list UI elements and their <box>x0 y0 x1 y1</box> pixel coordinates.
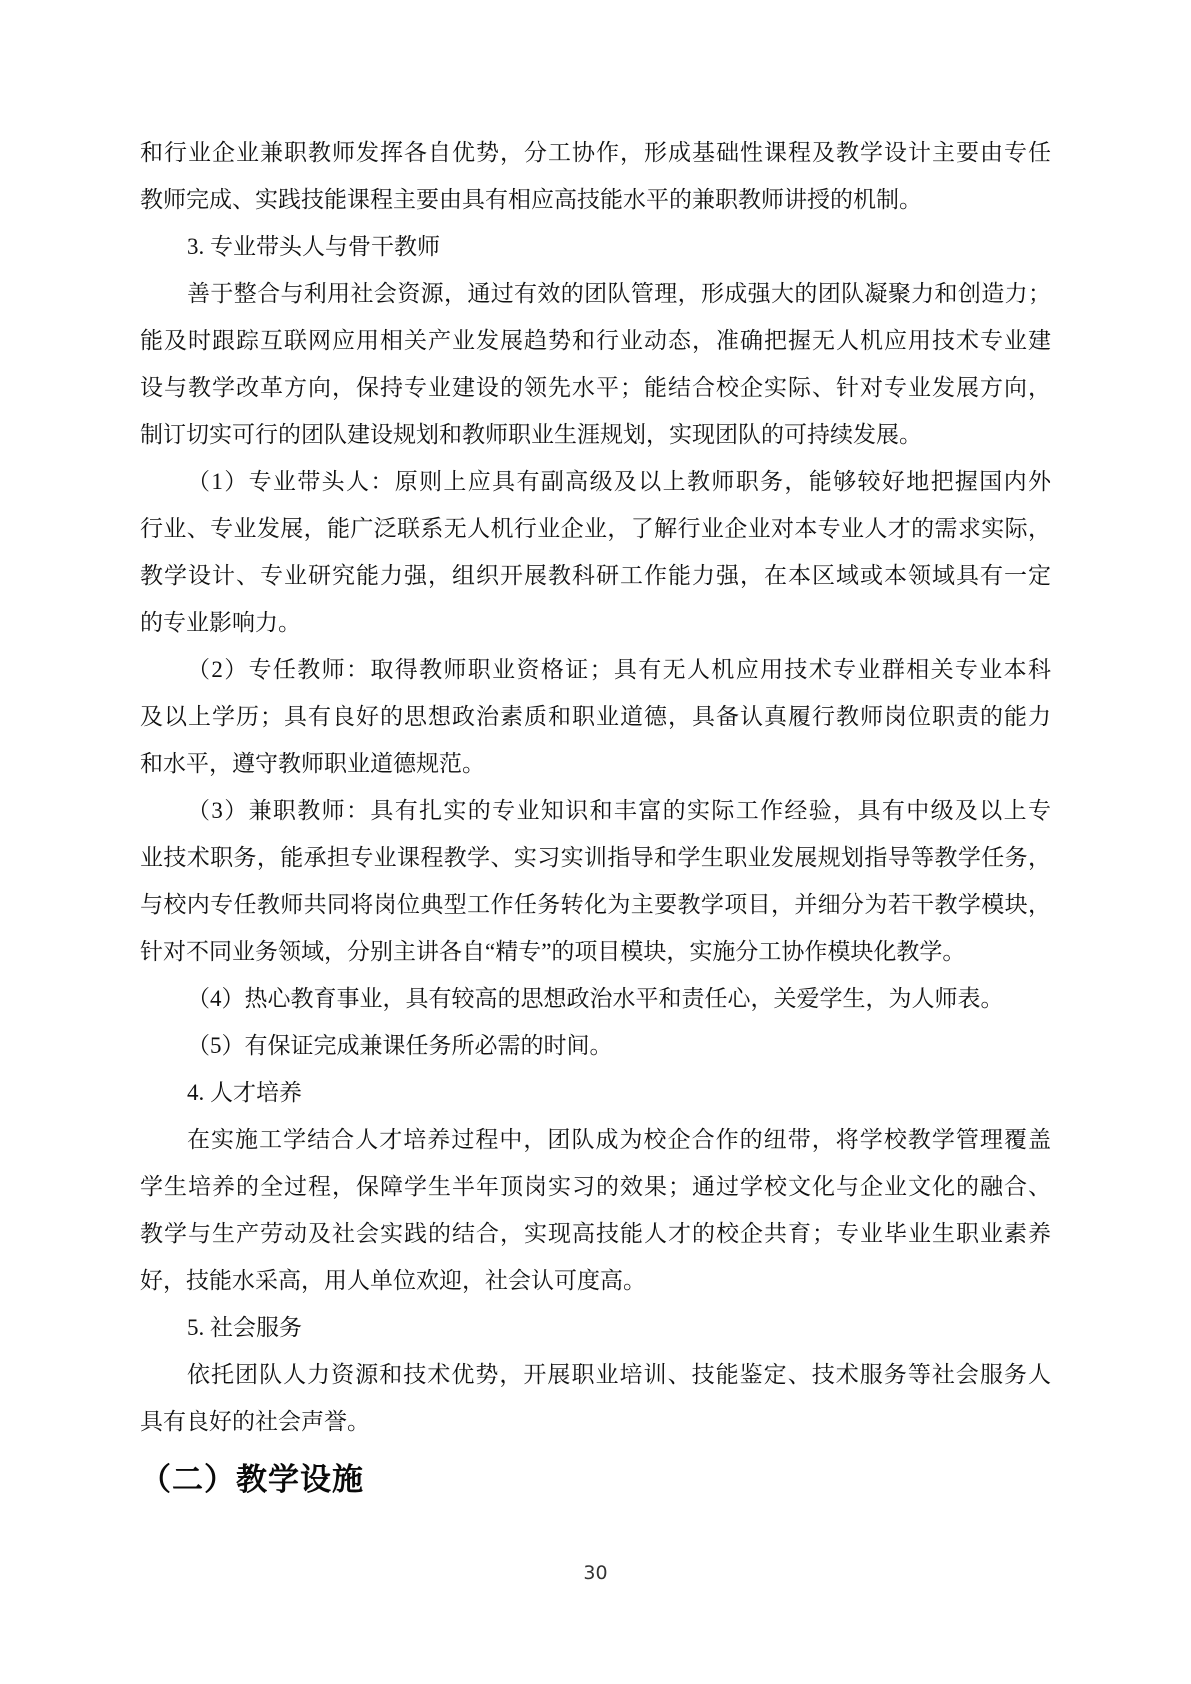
text-line: 和行业企业兼职教师发挥各自优势，分工协作，形成基础性课程及教学设计主要由专任 <box>140 129 1051 176</box>
text-line: 5. 社会服务 <box>140 1304 1051 1351</box>
text-line: 善于整合与利用社会资源，通过有效的团队管理，形成强大的团队凝聚力和创造力； <box>140 270 1051 317</box>
text-line: 及以上学历；具有良好的思想政治素质和职业道德，具备认真履行教师岗位职责的能力 <box>140 693 1051 740</box>
text-line: 3. 专业带头人与骨干教师 <box>140 223 1051 270</box>
document-content: 和行业企业兼职教师发挥各自优势，分工协作，形成基础性课程及教学设计主要由专任教师… <box>140 129 1051 1505</box>
text-line: 针对不同业务领域，分别主讲各自“精专”的项目模块，实施分工协作模块化教学。 <box>140 928 1051 975</box>
document-page: 和行业企业兼职教师发挥各自优势，分工协作，形成基础性课程及教学设计主要由专任教师… <box>0 0 1191 1684</box>
text-line: 的专业影响力。 <box>140 599 1051 646</box>
text-line: （3）兼职教师：具有扎实的专业知识和丰富的实际工作经验，具有中级及以上专 <box>140 787 1051 834</box>
text-line: 行业、专业发展，能广泛联系无人机行业企业，了解行业企业对本专业人才的需求实际， <box>140 505 1051 552</box>
text-line: 具有良好的社会声誉。 <box>140 1398 1051 1445</box>
section-heading: （二）教学设施 <box>140 1455 1051 1505</box>
text-line: 好，技能水采高，用人单位欢迎，社会认可度高。 <box>140 1257 1051 1304</box>
text-line: 和水平，遵守教师职业道德规范。 <box>140 740 1051 787</box>
text-line: 与校内专任教师共同将岗位典型工作任务转化为主要教学项目，并细分为若干教学模块， <box>140 881 1051 928</box>
text-line: 4. 人才培养 <box>140 1069 1051 1116</box>
text-line: 业技术职务，能承担专业课程教学、实习实训指导和学生职业发展规划指导等教学任务， <box>140 834 1051 881</box>
text-line: 制订切实可行的团队建设规划和教师职业生涯规划，实现团队的可持续发展。 <box>140 411 1051 458</box>
text-line: （1）专业带头人：原则上应具有副高级及以上教师职务，能够较好地把握国内外 <box>140 458 1051 505</box>
text-line: 在实施工学结合人才培养过程中，团队成为校企合作的纽带，将学校教学管理覆盖 <box>140 1116 1051 1163</box>
page-number: 30 <box>0 1562 1191 1584</box>
text-line: 教学与生产劳动及社会实践的结合，实现高技能人才的校企共育；专业毕业生职业素养 <box>140 1210 1051 1257</box>
text-line: （2）专任教师：取得教师职业资格证；具有无人机应用技术专业群相关专业本科 <box>140 646 1051 693</box>
text-line: 依托团队人力资源和技术优势，开展职业培训、技能鉴定、技术服务等社会服务人 <box>140 1351 1051 1398</box>
text-line: 学生培养的全过程，保障学生半年顶岗实习的效果；通过学校文化与企业文化的融合、 <box>140 1163 1051 1210</box>
text-line: （5）有保证完成兼课任务所必需的时间。 <box>140 1022 1051 1069</box>
text-line: （4）热心教育事业，具有较高的思想政治水平和责任心，关爱学生，为人师表。 <box>140 975 1051 1022</box>
text-line: 教学设计、专业研究能力强，组织开展教科研工作能力强，在本区域或本领域具有一定 <box>140 552 1051 599</box>
text-line: 能及时跟踪互联网应用相关产业发展趋势和行业动态，准确把握无人机应用技术专业建 <box>140 317 1051 364</box>
document-body: 和行业企业兼职教师发挥各自优势，分工协作，形成基础性课程及教学设计主要由专任教师… <box>140 129 1051 1445</box>
text-line: 设与教学改革方向，保持专业建设的领先水平；能结合校企实际、针对专业发展方向， <box>140 364 1051 411</box>
text-line: 教师完成、实践技能课程主要由具有相应高技能水平的兼职教师讲授的机制。 <box>140 176 1051 223</box>
